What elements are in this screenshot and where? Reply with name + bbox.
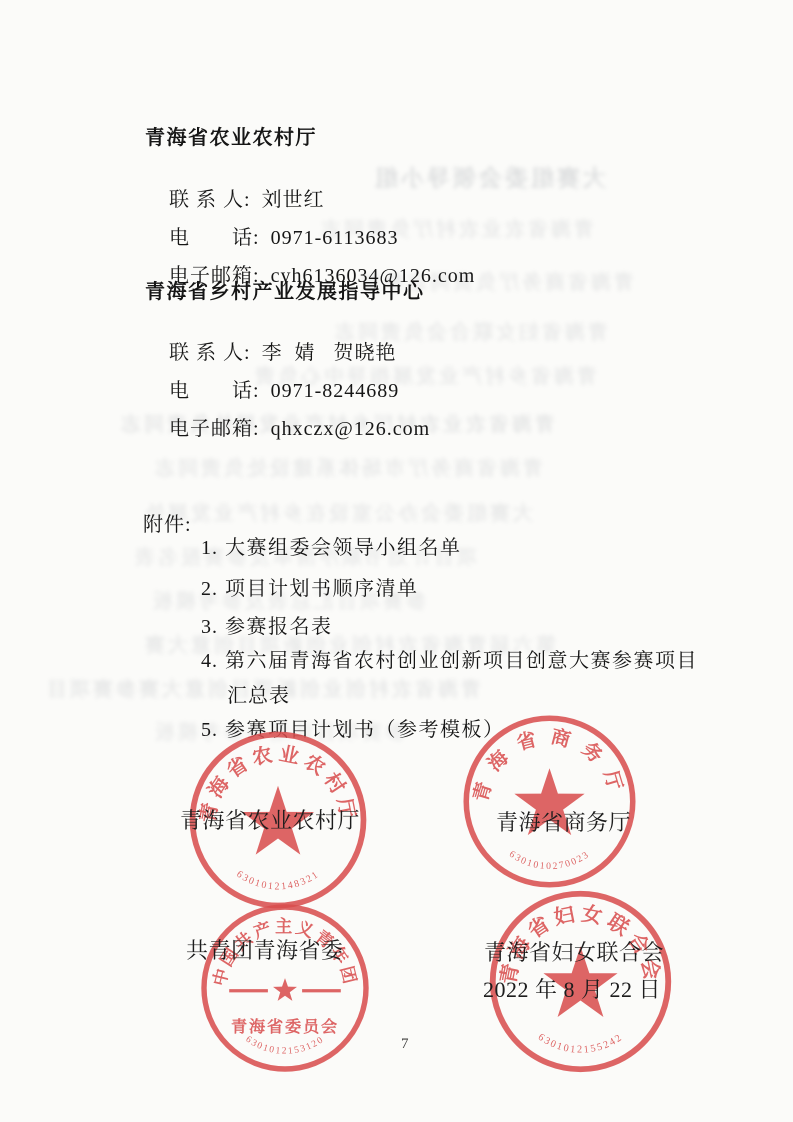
svg-text:青海省委员会: 青海省委员会	[231, 1017, 339, 1036]
signing-org-name: 青海省妇女联合会	[484, 936, 664, 967]
field-value: qhxczx@126.com	[271, 418, 431, 440]
official-seal-commerce-dept: 青海省商务厅 6301010270023	[457, 709, 642, 894]
signing-org-name: 青海省商务厅	[496, 806, 631, 837]
sign-date: 2022 年 8 月 22 日	[483, 973, 661, 1004]
email-row: 电子邮箱:qhxczx@126.com	[145, 395, 430, 464]
attachment-text: 第六届青海省农村创业创新项目创意大赛参赛项目	[225, 650, 698, 672]
page-number: 7	[401, 1036, 409, 1053]
org-heading: 青海省乡村产业发展指导中心	[145, 281, 425, 304]
signing-org-name: 青海省农业农村厅	[180, 804, 360, 835]
svg-text:6301012155242: 6301012155242	[536, 1032, 625, 1056]
svg-text:6301012153120: 6301012153120	[244, 1035, 327, 1057]
signing-org-name: 共青团青海省委	[186, 934, 344, 965]
bleedthrough-text: 大赛组委会领导小组	[372, 160, 606, 193]
document-page: 大赛组委会领导小组青海省农业农村厅负责同志青海省商务厅负责同志参加青海省妇女联合…	[0, 0, 793, 1122]
field-label: 电子邮箱:	[169, 418, 260, 441]
svg-text:6301012148321: 6301012148321	[234, 869, 321, 893]
official-seal-youth-league: 青海省委员会 中国共产主义青年团 6301012153120	[195, 898, 375, 1078]
org-heading: 青海省农业农村厅	[145, 127, 317, 150]
svg-text:6301010270023: 6301010270023	[507, 849, 592, 872]
